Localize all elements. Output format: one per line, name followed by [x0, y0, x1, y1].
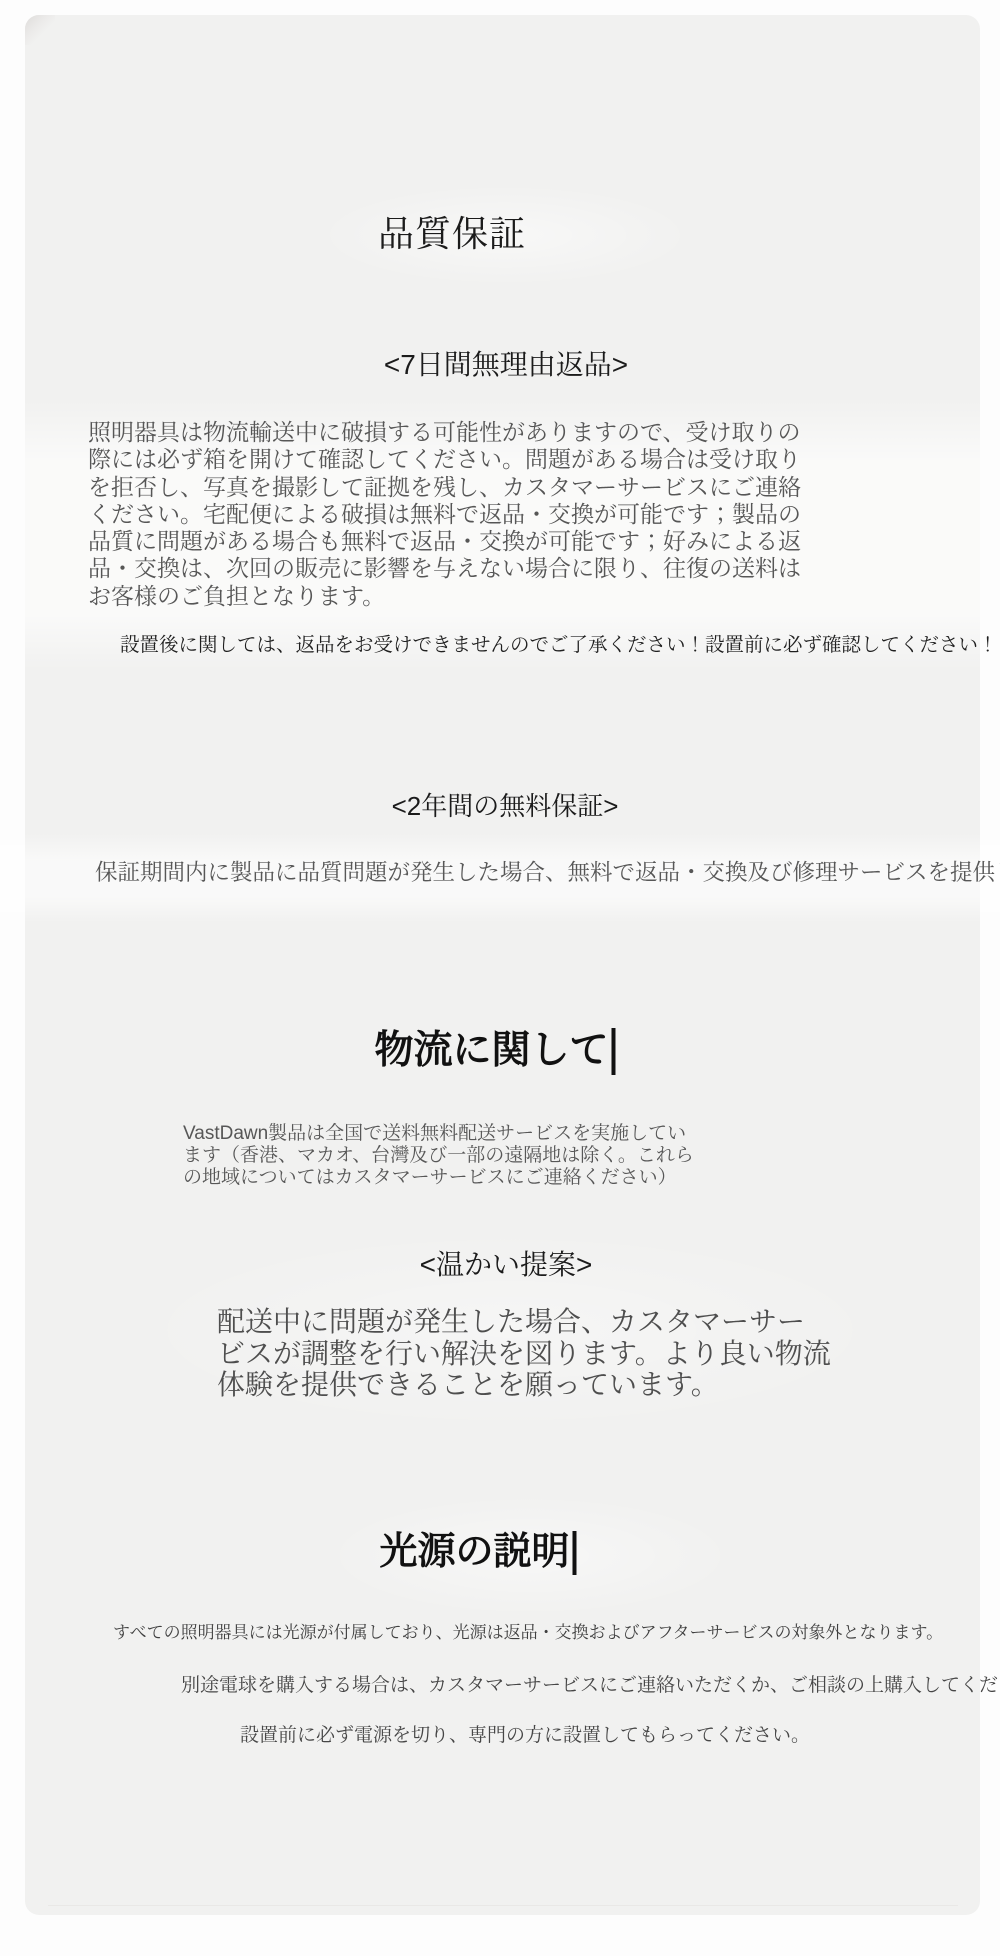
return-policy-heading: <7日間無理由返品>	[384, 348, 628, 382]
shipping-info-text: VastDawn製品は全国で送料無料配送サービスを実施してい ます（香港、マカオ…	[183, 1123, 694, 1189]
light-source-title-text: 光源の説明	[379, 1530, 569, 1576]
quality-section-title: 品質保証	[378, 212, 526, 255]
card-corner-fold	[25, 15, 55, 45]
light-source-note: すべての照明器具には光源が付属しており、光源は返品・交換およびアフターサービスの…	[113, 1623, 943, 1643]
light-source-note: 設置前に必ず電源を切り、専門の方に設置してもらってください。	[240, 1725, 810, 1747]
light-source-section-title: 光源の説明	[379, 1530, 576, 1576]
product-detail-page: 品質保証 <7日間無理由返品> 照明器具は物流輸送中に破損する可能性がありますの…	[0, 0, 1000, 1956]
text-cursor-icon	[612, 1028, 616, 1075]
warranty-text: 保証期間内に製品に品質問題が発生した場合、無料で返品・交換及び修理サービスを提供…	[95, 859, 1000, 886]
light-source-note: 別途電球を購入する場合は、カスタマーサービスにご連絡いただくか、ご相談の上購入し…	[181, 1675, 1000, 1697]
return-policy-text: 照明器具は物流輸送中に破損する可能性がありますので、受け取りの 際には必ず箱を開…	[88, 419, 858, 610]
logistics-section-title: 物流に関して	[374, 1028, 615, 1075]
suggestion-text: 配送中に問題が発生した場合、カスタマーサー ビスが調整を行い解決を図ります。より…	[217, 1306, 831, 1401]
text-cursor-icon	[573, 1531, 577, 1575]
warranty-heading: <2年間の無料保証>	[392, 791, 619, 822]
logistics-title-text: 物流に関して	[374, 1028, 608, 1075]
setup-warning-text: 設置後に関しては、返品をお受けできませんのでご了承ください！設置前に必ず確認して…	[120, 634, 998, 657]
image-seam	[48, 1905, 958, 1906]
suggestion-heading: <温かい提案>	[420, 1248, 593, 1282]
